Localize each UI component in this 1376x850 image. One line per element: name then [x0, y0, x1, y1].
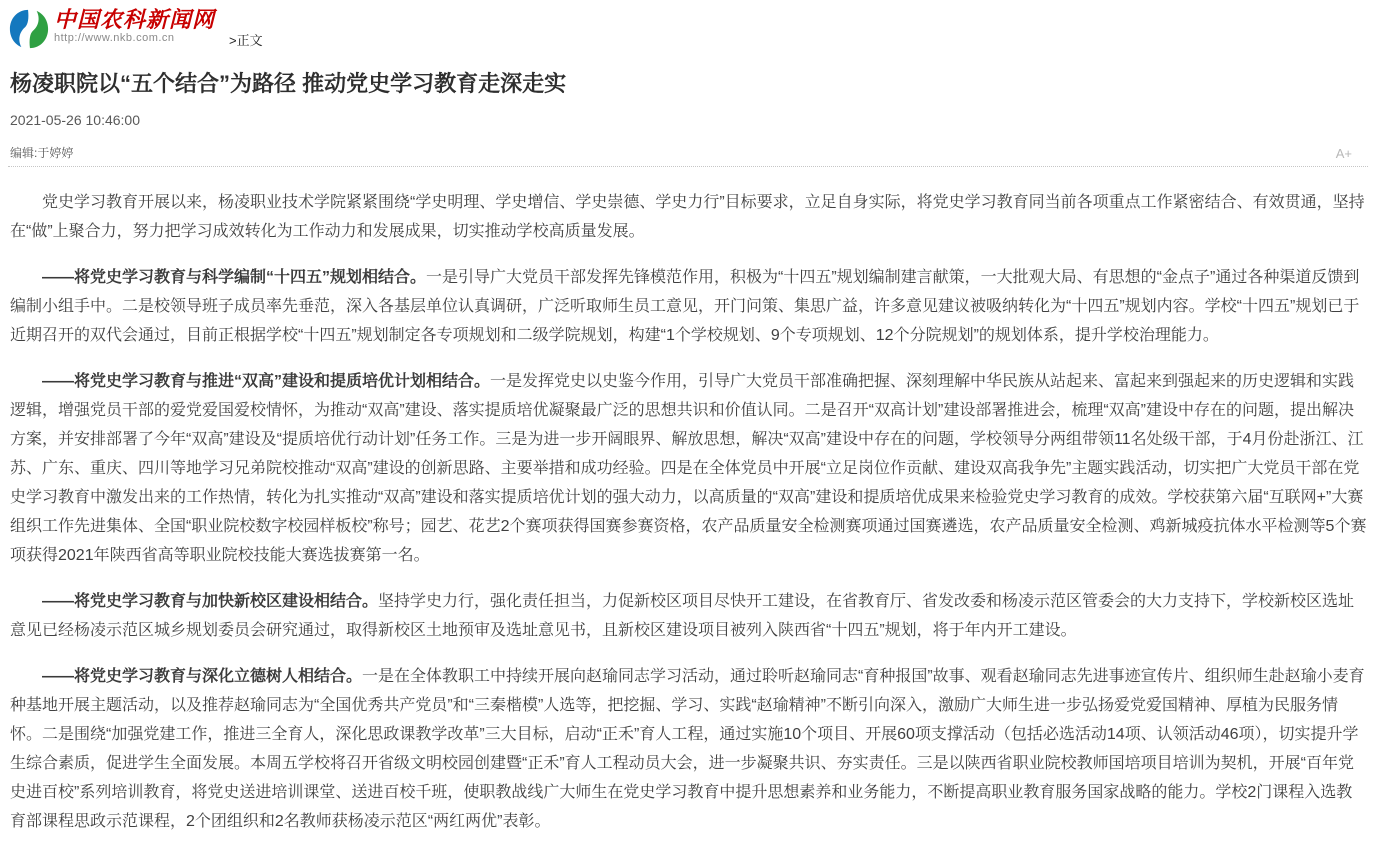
paragraph-text: 一是在全体教职工中持续开展向赵瑜同志学习活动，通过聆听赵瑜同志“育种报国”故事、… — [10, 668, 1365, 830]
paragraph-text: 党史学习教育开展以来，杨凌职业技术学院紧紧围绕“学史明理、学史增信、学史崇德、学… — [10, 194, 1365, 240]
paragraph-lead: ——将党史学习教育与加快新校区建设相结合。 — [42, 593, 378, 610]
site-url: http://www.nkb.com.cn — [54, 32, 215, 45]
article-paragraph: ——将党史学习教育与深化立德树人相结合。一是在全体教职工中持续开展向赵瑜同志学习… — [10, 662, 1368, 836]
breadcrumb: >正文 — [229, 30, 263, 49]
paragraph-text: 一是发挥党史以史鉴今作用，引导广大党员干部准确把握、深刻理解中华民族从站起来、富… — [10, 373, 1366, 564]
paragraph-lead: ——将党史学习教育与深化立德树人相结合。 — [42, 668, 362, 685]
meta-row: 编辑:于婷婷 A+ — [10, 144, 1366, 161]
article-paragraph: ——将党史学习教育与加快新校区建设相结合。坚持学史力行，强化责任担当，力促新校区… — [10, 587, 1368, 645]
site-header: 中国农科新闻网 http://www.nkb.com.cn >正文 — [0, 0, 1376, 55]
site-logo-icon — [8, 8, 50, 55]
site-name: 中国农科新闻网 — [54, 8, 215, 32]
article-body: 党史学习教育开展以来，杨凌职业技术学院紧紧围绕“学史明理、学史增信、学史崇德、学… — [0, 167, 1376, 850]
site-logo-text: 中国农科新闻网 http://www.nkb.com.cn — [54, 8, 215, 45]
paragraph-lead: ——将党史学习教育与科学编制“十四五”规划相结合。 — [42, 269, 426, 286]
editor-label: 编辑:于婷婷 — [10, 144, 73, 161]
publish-date: 2021-05-26 10:46:00 — [10, 112, 1366, 128]
font-increase-button[interactable]: A+ — [1336, 146, 1366, 161]
article-paragraph: ——将党史学习教育与科学编制“十四五”规划相结合。一是引导广大党员干部发挥先锋模… — [10, 263, 1368, 350]
article-paragraph: ——将党史学习教育与推进“双高”建设和提质培优计划相结合。一是发挥党史以史鉴今作… — [10, 367, 1368, 570]
page-title: 杨凌职院以“五个结合”为路径 推动党史学习教育走深走实 — [10, 71, 1366, 97]
news-article-page: 中国农科新闻网 http://www.nkb.com.cn >正文 杨凌职院以“… — [0, 0, 1376, 850]
article-paragraph: 党史学习教育开展以来，杨凌职业技术学院紧紧围绕“学史明理、学史增信、学史崇德、学… — [10, 188, 1368, 246]
article-header: 杨凌职院以“五个结合”为路径 推动党史学习教育走深走实 2021-05-26 1… — [0, 55, 1376, 161]
site-logo[interactable]: 中国农科新闻网 http://www.nkb.com.cn — [8, 8, 215, 55]
paragraph-lead: ——将党史学习教育与推进“双高”建设和提质培优计划相结合。 — [42, 373, 490, 390]
